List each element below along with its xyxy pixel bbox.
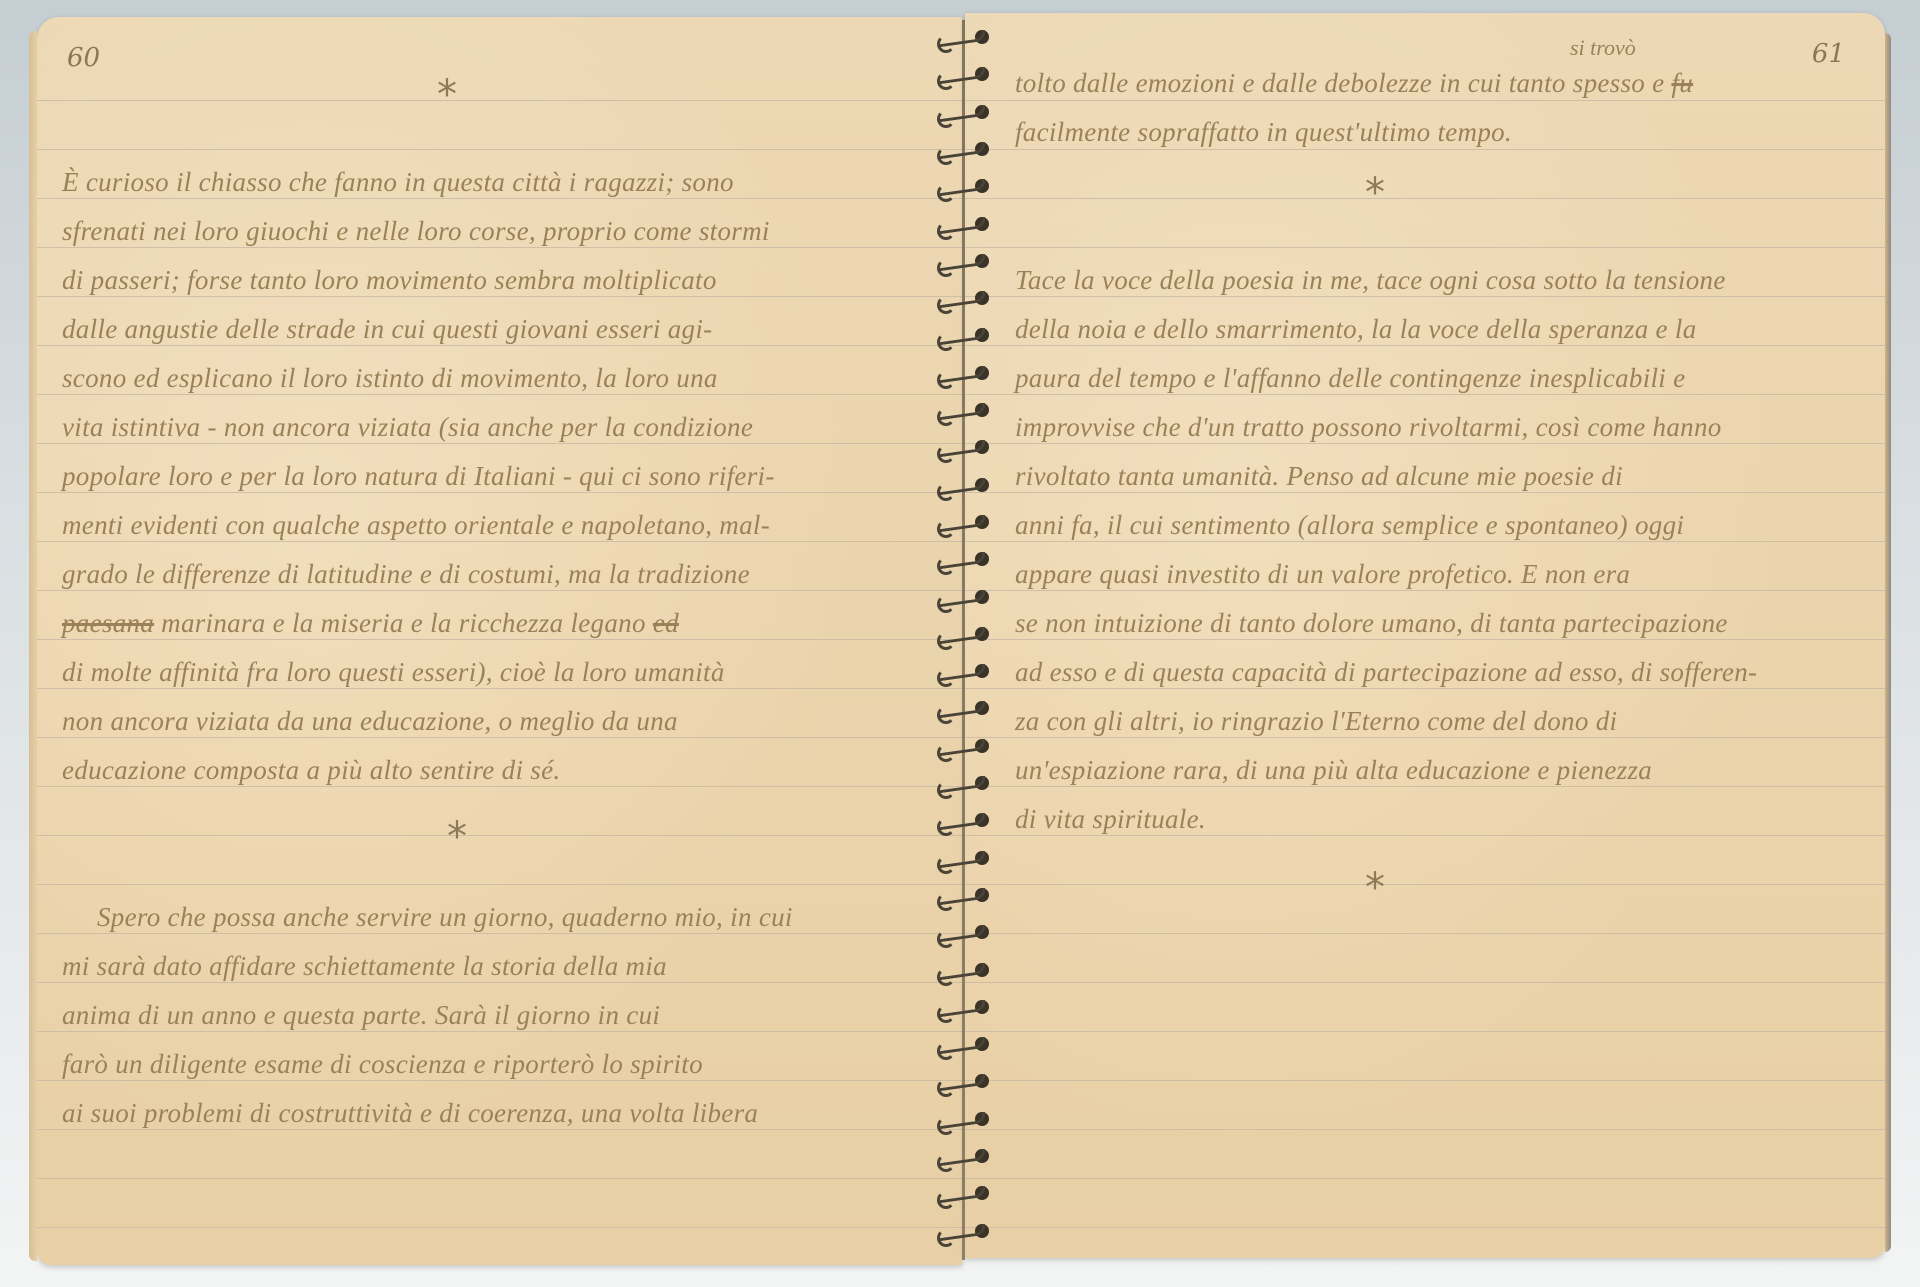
handwritten-line: farò un diligente esame di coscienza e r… (62, 1049, 703, 1080)
ruled-line (965, 443, 1885, 444)
ruled-line (37, 100, 962, 101)
spiral-coil (935, 661, 995, 683)
handwritten-line: paura del tempo e l'affanno delle contin… (1015, 363, 1685, 394)
coil-loop (937, 445, 955, 463)
ruled-line (965, 394, 1885, 395)
handwritten-line: sfrenati nei loro giuochi e nelle loro c… (62, 216, 770, 247)
ruled-line (965, 786, 1885, 787)
ruled-line (37, 1031, 962, 1032)
handwritten-line: improvvise che d'un tratto possono rivol… (1015, 412, 1722, 443)
ruled-line (37, 982, 962, 983)
struck-word: fu (1671, 68, 1693, 98)
ruled-line (965, 100, 1885, 101)
coil-loop (937, 147, 955, 165)
spiral-coil (935, 475, 995, 497)
coil-loop (937, 222, 955, 240)
ruled-line (965, 149, 1885, 150)
page-number: 61 (1812, 39, 1845, 69)
coil-loop (937, 1005, 955, 1023)
handwritten-line: della noia e dello smarrimento, la la vo… (1015, 314, 1697, 345)
spiral-coil (935, 773, 995, 795)
ruled-line (37, 247, 962, 248)
coil-loop (937, 1079, 955, 1097)
ruled-line (965, 590, 1885, 591)
handwritten-line: menti evidenti con qualche aspetto orien… (62, 510, 770, 541)
coil-loop (937, 930, 955, 948)
spiral-coil (935, 1034, 995, 1056)
coil-loop (937, 632, 955, 650)
coil-loop (937, 184, 955, 202)
spiral-coil (935, 1071, 995, 1093)
ruled-line (37, 541, 962, 542)
interlinear-insertion: si trovò (1570, 35, 1636, 61)
ruled-line (37, 737, 962, 738)
ruled-line (965, 1178, 1885, 1179)
ruled-line (37, 786, 962, 787)
coil-loop (937, 35, 955, 53)
handwritten-line: anima di un anno e questa parte. Sarà il… (62, 1000, 660, 1031)
coil-loop (937, 110, 955, 128)
coil-loop (937, 296, 955, 314)
ruled-line (965, 835, 1885, 836)
ruled-line (37, 296, 962, 297)
spiral-coil (935, 1221, 995, 1243)
handwritten-line: anni fa, il cui sentimento (allora sempl… (1015, 510, 1684, 541)
coil-loop (937, 706, 955, 724)
ruled-line (37, 590, 962, 591)
coil-loop (937, 893, 955, 911)
spiral-binding (935, 15, 995, 1265)
ruled-line (37, 639, 962, 640)
handwritten-line: paesana marinara e la miseria e la ricch… (62, 608, 679, 639)
handwritten-text: marinara e la miseria e la ricchezza leg… (161, 608, 646, 638)
spiral-coil (935, 139, 995, 161)
ruled-line (37, 345, 962, 346)
coil-loop (937, 259, 955, 277)
handwritten-line: di passeri; forse tanto loro movimento s… (62, 265, 717, 296)
ruled-line (965, 1080, 1885, 1081)
ruled-line (37, 1227, 962, 1228)
handwritten-line: se non intuizione di tanto dolore umano,… (1015, 608, 1728, 639)
coil-loop (937, 968, 955, 986)
handwritten-line: facilmente sopraffatto in quest'ultimo t… (1015, 117, 1512, 148)
ruled-line (37, 394, 962, 395)
handwritten-line: ai suoi problemi di costruttività e di c… (62, 1098, 758, 1129)
handwritten-line: appare quasi investito di un valore prof… (1015, 559, 1630, 590)
handwritten-line: di vita spirituale. (1015, 804, 1206, 835)
handwritten-line: za con gli altri, io ringrazio l'Eterno … (1015, 706, 1617, 737)
coil-loop (937, 744, 955, 762)
coil-loop (937, 520, 955, 538)
spiral-coil (935, 214, 995, 236)
coil-loop (937, 1191, 955, 1209)
coil-loop (937, 557, 955, 575)
coil-loop (937, 1117, 955, 1135)
spiral-coil (935, 1146, 995, 1168)
handwritten-line: ad esso e di questa capacità di partecip… (1015, 657, 1757, 688)
spiral-coil (935, 251, 995, 273)
struck-word: ed (653, 608, 679, 638)
coil-loop (937, 72, 955, 90)
ruled-line (965, 933, 1885, 934)
ruled-line (965, 541, 1885, 542)
handwritten-line: educazione composta a più alto sentire d… (62, 755, 560, 786)
spiral-coil (935, 848, 995, 870)
spiral-coil (935, 587, 995, 609)
spiral-coil (935, 400, 995, 422)
ruled-line (37, 884, 962, 885)
handwritten-line: popolare loro e per la loro natura di It… (62, 461, 775, 492)
spiral-coil (935, 810, 995, 832)
ruled-line (965, 1031, 1885, 1032)
ruled-line (965, 198, 1885, 199)
page-number: 60 (67, 43, 100, 73)
spiral-coil (935, 922, 995, 944)
spiral-coil (935, 325, 995, 347)
ruled-line (37, 198, 962, 199)
ruled-line (965, 1227, 1885, 1228)
handwritten-line: vita istintiva - non ancora viziata (sia… (62, 412, 753, 443)
ruled-line (37, 1129, 962, 1130)
handwritten-line: scono ed esplicano il loro istinto di mo… (62, 363, 718, 394)
coil-loop (937, 1229, 955, 1247)
notebook-page-left: 60 * È curioso il chiasso che fanno in q… (37, 17, 962, 1265)
coil-loop (937, 333, 955, 351)
handwritten-line: È curioso il chiasso che fanno in questa… (62, 167, 734, 198)
ruled-line (965, 247, 1885, 248)
spiral-coil (935, 960, 995, 982)
coil-loop (937, 595, 955, 613)
section-separator-asterisk: * (1365, 868, 1385, 908)
spiral-coil (935, 1183, 995, 1205)
handwritten-line: Spero che possa anche servire un giorno,… (97, 902, 793, 933)
spiral-coil (935, 176, 995, 198)
spiral-coil (935, 624, 995, 646)
spiral-coil (935, 698, 995, 720)
notebook-page-right: 61 si trovò tolto dalle emozioni e dalle… (965, 13, 1885, 1258)
section-separator-asterisk: * (437, 75, 457, 115)
spiral-coil (935, 437, 995, 459)
ruled-line (965, 688, 1885, 689)
coil-loop (937, 818, 955, 836)
spiral-coil (935, 288, 995, 310)
handwritten-line: non ancora viziata da una educazione, o … (62, 706, 678, 737)
ruled-line (37, 1178, 962, 1179)
ruled-line (965, 492, 1885, 493)
handwritten-line: Tace la voce della poesia in me, tace og… (1015, 265, 1726, 296)
coil-loop (937, 371, 955, 389)
handwritten-line: dalle angustie delle strade in cui quest… (62, 314, 712, 345)
spiral-coil (935, 997, 995, 1019)
spiral-coil (935, 736, 995, 758)
coil-loop (937, 1154, 955, 1172)
ruled-line (965, 1129, 1885, 1130)
handwritten-line: rivoltato tanta umanità. Penso ad alcune… (1015, 461, 1623, 492)
ruled-line (37, 835, 962, 836)
spiral-coil (935, 1109, 995, 1131)
spiral-coil (935, 512, 995, 534)
ruled-line (37, 1080, 962, 1081)
coil-loop (937, 856, 955, 874)
handwritten-line: un'espiazione rara, di una più alta educ… (1015, 755, 1652, 786)
coil-loop (937, 1042, 955, 1060)
ruled-line (37, 933, 962, 934)
coil-loop (937, 483, 955, 501)
ruled-line (965, 345, 1885, 346)
ruled-line (965, 737, 1885, 738)
struck-word: paesana (62, 608, 154, 638)
ruled-line (965, 639, 1885, 640)
coil-loop (937, 669, 955, 687)
handwritten-line: mi sarà dato affidare schiettamente la s… (62, 951, 667, 982)
handwritten-line: di molte affinità fra loro questi esseri… (62, 657, 725, 688)
section-separator-asterisk: * (1365, 173, 1385, 213)
coil-loop (937, 408, 955, 426)
section-separator-asterisk: * (447, 817, 467, 857)
spiral-coil (935, 549, 995, 571)
ruled-line (965, 296, 1885, 297)
handwritten-text: tolto dalle emozioni e dalle debolezze i… (1015, 68, 1664, 98)
coil-loop (937, 781, 955, 799)
spiral-coil (935, 64, 995, 86)
ruled-line (37, 492, 962, 493)
ruled-line (37, 443, 962, 444)
spiral-coil (935, 102, 995, 124)
spiral-coil (935, 363, 995, 385)
handwritten-line: grado le differenze di latitudine e di c… (62, 559, 750, 590)
ruled-line (37, 688, 962, 689)
spiral-coil (935, 885, 995, 907)
ruled-line (965, 884, 1885, 885)
ruled-line (37, 149, 962, 150)
handwritten-line: tolto dalle emozioni e dalle debolezze i… (1015, 68, 1693, 99)
spiral-coil (935, 27, 995, 49)
ruled-line (965, 982, 1885, 983)
